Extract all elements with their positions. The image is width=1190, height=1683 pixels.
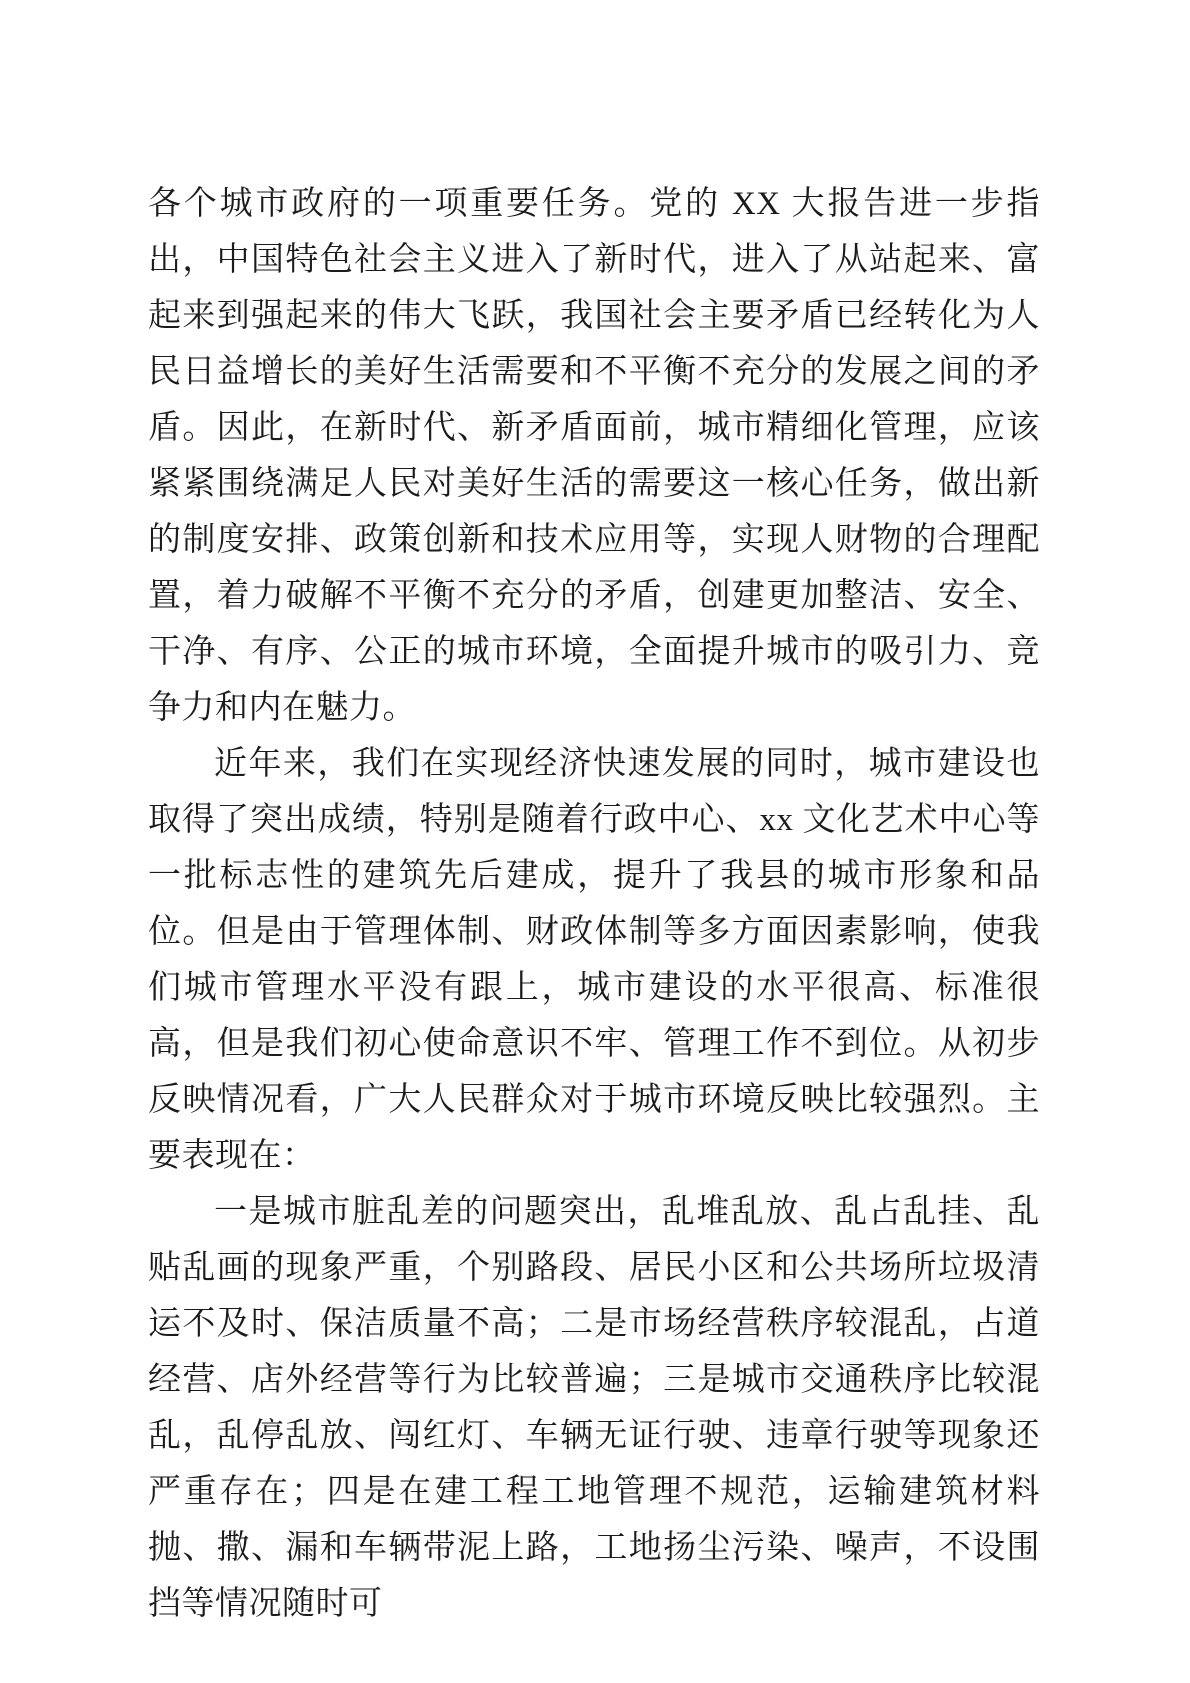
paragraph-problems-list: 一是城市脏乱差的问题突出，乱堆乱放、乱占乱挂、乱贴乱画的现象严重，个别路段、居民… [148,1184,1040,1632]
document-body: 各个城市政府的一项重要任务。党的 XX 大报告进一步指出，中国特色社会主义进入了… [148,176,1040,1632]
paragraph-recent-years: 近年来，我们在实现经济快速发展的同时，城市建设也取得了突出成绩，特别是随着行政中… [148,736,1040,1184]
paragraph-continued: 各个城市政府的一项重要任务。党的 XX 大报告进一步指出，中国特色社会主义进入了… [148,176,1040,736]
document-page: 各个城市政府的一项重要任务。党的 XX 大报告进一步指出，中国特色社会主义进入了… [0,0,1190,1683]
